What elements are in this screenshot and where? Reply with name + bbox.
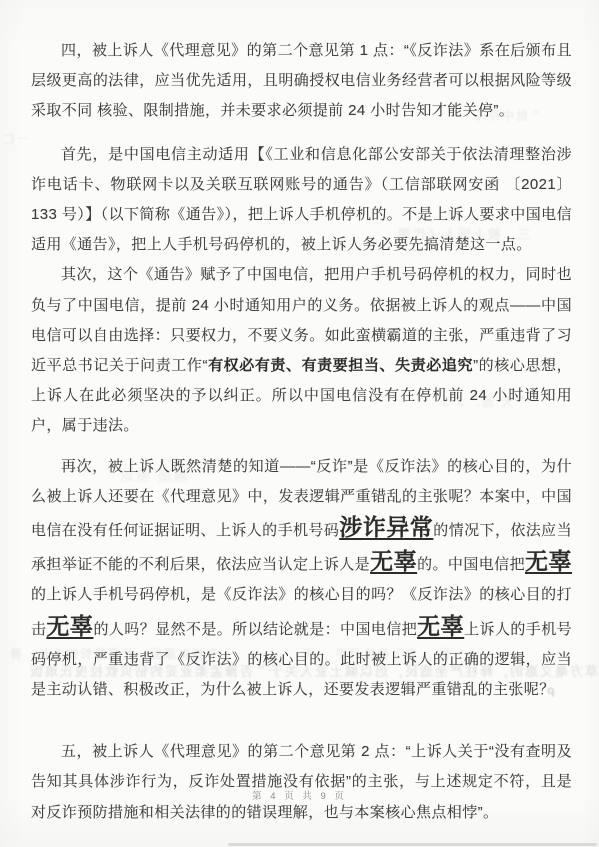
paragraph-point-5: 五，被上诉人《代理意见》的第二个意见第 2 点：“上诉人关于“没有查明及告知其具… xyxy=(31,737,572,828)
big-underline-emphasis: 无辜 xyxy=(370,548,417,574)
bleed-through-text: 一仁 xyxy=(1,130,29,147)
paragraph-thirdly: 再次，被上诉人既然清楚的知道——“反诈”是《反诈法》的核心目的，为什么被上诉人还… xyxy=(31,452,572,706)
text-run: 四，被上诉人《代理意见》的第二个意见第 1 点：“《反诈法》系在后颁布且层级更高… xyxy=(31,42,572,119)
text-run: 首先，是中国电信主动适用【《工业和信息化部公安部关于依法清理整治涉诈电话卡、物联… xyxy=(31,146,572,254)
page-number: 第 4 页 共 9 页 xyxy=(0,788,599,802)
big-underline-emphasis: 涉诈异常 xyxy=(339,514,433,540)
document-page: 三、被上诉人《代理＂世中芹斗一仁＂大 而．Ｊ５翘遥 亟返有枝以原验，什是是忻钧头… xyxy=(0,0,599,847)
text-run: 五，被上诉人《代理意见》的第二个意见第 2 点：“上诉人关于“没有查明及告知其具… xyxy=(31,743,572,820)
paragraph-secondly: 其次，这个《通告》赋予了中国电信，把用户手机号码停机的权力，同时也负与了中国电信… xyxy=(31,260,572,441)
big-underline-emphasis: 无辜 xyxy=(46,613,93,639)
text-run: 的。中国电信把 xyxy=(417,556,525,573)
big-underline-emphasis: 无辜 xyxy=(417,613,464,639)
bold-emphasis: 有权必有责、有责要担当、失责必追究 xyxy=(208,357,473,374)
text-run: 的人吗？显然不是。所以结论就是：中国电信把 xyxy=(93,621,417,638)
document-body: 四，被上诉人《代理意见》的第二个意见第 1 点：“《反诈法》系在后颁布且层级更高… xyxy=(31,36,572,828)
big-underline-emphasis: 无辜 xyxy=(525,548,572,574)
paragraph-point-4: 四，被上诉人《代理意见》的第二个意见第 1 点：“《反诈法》系在后颁布且层级更高… xyxy=(31,36,572,127)
scan-edge-artifact xyxy=(228,843,597,846)
paragraph-firstly: 首先，是中国电信主动适用【《工业和信息化部公安部关于依法清理整治涉诈电话卡、物联… xyxy=(31,140,572,261)
